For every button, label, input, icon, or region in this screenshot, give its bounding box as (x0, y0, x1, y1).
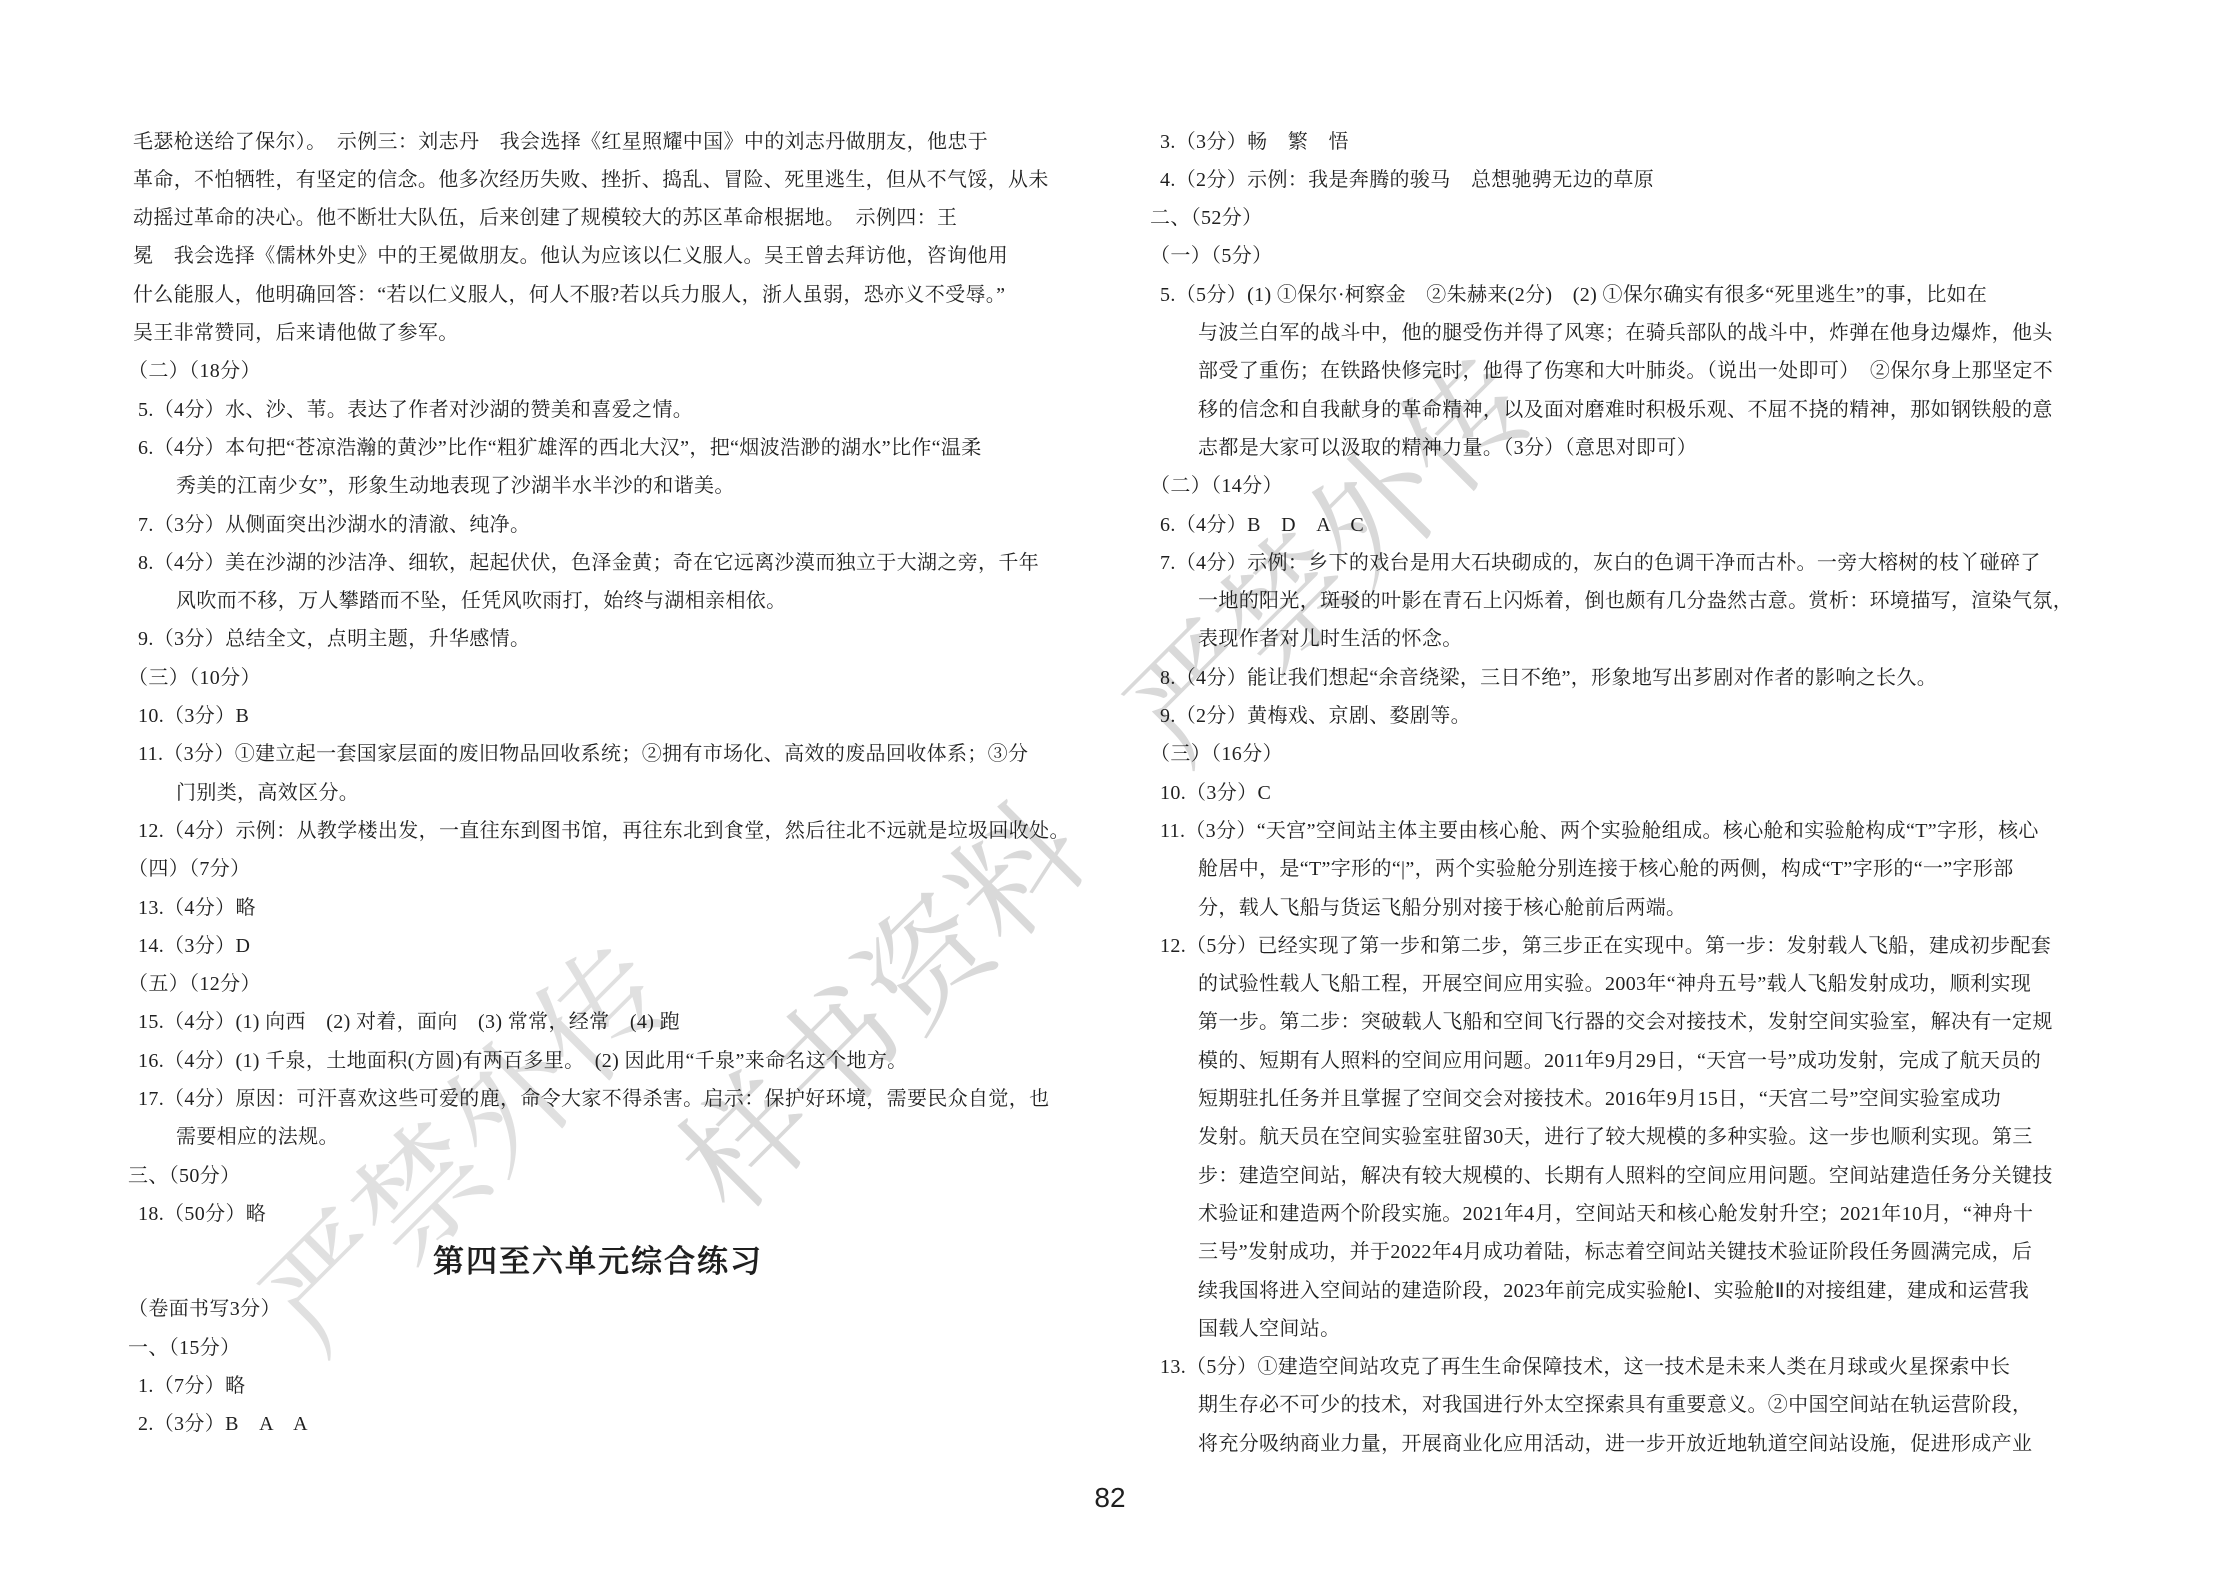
answer-line: 第一步。第二步：突破载人飞船和空间飞行器的交会对接技术，发射空间实验室，解决有一… (1150, 1003, 2128, 1041)
answer-line: 志都是大家可以汲取的精神力量。（3分）（意思对即可） (1150, 429, 2128, 467)
answer-line: 8.（4分）美在沙湖的沙洁净、细软，起起伏伏，色泽金黄；奇在它远离沙漠而独立于大… (128, 544, 1068, 582)
answer-line: 什么能服人，他明确回答：“若以仁义服人，何人不服?若以兵力服人，浙人虽弱，恐亦义… (128, 276, 1068, 314)
answer-line: 与波兰白军的战斗中，他的腿受伤并得了风寒；在骑兵部队的战斗中，炸弹在他身边爆炸，… (1150, 314, 2128, 352)
answer-line: 9.（3分）总结全文，点明主题，升华感情。 (128, 620, 1068, 658)
answer-line: 吴王非常赞同，后来请他做了参军。 (128, 314, 1068, 352)
answer-line: 12.（4分）示例：从教学楼出发，一直往东到图书馆，再往东北到食堂，然后往北不远… (128, 812, 1068, 850)
answer-line: 一地的阳光，斑驳的叶影在青石上闪烁着，倒也颇有几分盎然古意。赏析：环境描写，渲染… (1150, 582, 2128, 620)
answer-line: 13.（4分）略 (128, 889, 1068, 927)
page-number: 82 (0, 1482, 2220, 1514)
answer-line: 短期驻扎任务并且掌握了空间交会对接技术。2016年9月15日，“天宫二号”空间实… (1150, 1080, 2128, 1118)
answer-line: （二）（14分） (1150, 467, 2128, 505)
answer-line: （二）（18分） (128, 352, 1068, 390)
answer-line: 步：建造空间站，解决有较大规模的、长期有人照料的空间应用问题。空间站建造任务分关… (1150, 1157, 2128, 1195)
answer-line: 毛瑟枪送给了保尔）。 示例三：刘志丹 我会选择《红星照耀中国》中的刘志丹做朋友，… (128, 123, 1068, 161)
answer-line: 7.（3分）从侧面突出沙湖水的清澈、纯净。 (128, 506, 1068, 544)
answer-line: 表现作者对儿时生活的怀念。 (1150, 620, 2128, 658)
answer-line: （三）（16分） (1150, 735, 2128, 773)
answer-line: 10.（3分）C (1150, 774, 2128, 812)
answer-line: 4.（2分）示例：我是奔腾的骏马 总想驰骋无边的草原 (1150, 161, 2128, 199)
answer-line: 门别类，高效区分。 (128, 774, 1068, 812)
answer-line: 发射。航天员在空间实验室驻留30天，进行了较大规模的多种实验。这一步也顺利实现。… (1150, 1118, 2128, 1156)
answer-line: 移的信念和自我献身的革命精神，以及面对磨难时积极乐观、不屈不挠的精神，那如钢铁般… (1150, 391, 2128, 429)
answer-key-page: 样书资料 严禁外传 严禁外传 毛瑟枪送给了保尔）。 示例三：刘志丹 我会选择《红… (0, 0, 2220, 1571)
answer-line: 二、（52分） (1150, 199, 2128, 237)
answer-line: 三号”发射成功，并于2022年4月成功着陆，标志着空间站关键技术验证阶段任务圆满… (1150, 1233, 2128, 1271)
answer-line: 16.（4分）(1) 千泉，土地面积(方圆)有两百多里。 (2) 因此用“千泉”… (128, 1042, 1068, 1080)
answer-line: 风吹而不移，万人攀踏而不坠，任凭风吹雨打，始终与湖相亲相依。 (128, 582, 1068, 620)
answer-line: 6.（4分）B D A C (1150, 506, 2128, 544)
answer-line: 11.（3分）①建立起一套国家层面的废旧物品回收系统；②拥有市场化、高效的废品回… (128, 735, 1068, 773)
answer-line: 模的、短期有人照料的空间应用问题。2011年9月29日，“天宫一号”成功发射，完… (1150, 1042, 2128, 1080)
answer-line: 13.（5分）①建造空间站攻克了再生生命保障技术，这一技术是未来人类在月球或火星… (1150, 1348, 2128, 1386)
answer-line: （四）（7分） (128, 850, 1068, 888)
answer-line: 9.（2分）黄梅戏、京剧、婺剧等。 (1150, 697, 2128, 735)
answer-line: 期生存必不可少的技术，对我国进行外太空探索具有重要意义。②中国空间站在轨运营阶段… (1150, 1386, 2128, 1424)
answer-line: 1.（7分）略 (128, 1367, 1068, 1405)
answer-line: 续我国将进入空间站的建造阶段，2023年前完成实验舱Ⅰ、实验舱Ⅱ的对接组建，建成… (1150, 1272, 2128, 1310)
answer-line: （一）（5分） (1150, 237, 2128, 275)
left-column: 毛瑟枪送给了保尔）。 示例三：刘志丹 我会选择《红星照耀中国》中的刘志丹做朋友，… (128, 123, 1068, 1444)
answer-line: 部受了重伤；在铁路快修完时，他得了伤寒和大叶肺炎。（说出一处即可） ②保尔身上那… (1150, 352, 2128, 390)
answer-line: 一、（15分） (128, 1329, 1068, 1367)
answer-line: 术验证和建造两个阶段实施。2021年4月，空间站天和核心舱发射升空；2021年1… (1150, 1195, 2128, 1233)
answer-line: 10.（3分）B (128, 697, 1068, 735)
answer-line: （三）（10分） (128, 659, 1068, 697)
answer-line: 秀美的江南少女”，形象生动地表现了沙湖半水半沙的和谐美。 (128, 467, 1068, 505)
right-column: 3.（3分）畅 繁 悟4.（2分）示例：我是奔腾的骏马 总想驰骋无边的草原二、（… (1150, 123, 2128, 1463)
answer-line: 动摇过革命的决心。他不断壮大队伍，后来创建了规模较大的苏区革命根据地。 示例四：… (128, 199, 1068, 237)
answer-line: 将充分吸纳商业力量，开展商业化应用活动，进一步开放近地轨道空间站设施，促进形成产… (1150, 1425, 2128, 1463)
answer-line: 7.（4分）示例：乡下的戏台是用大石块砌成的，灰白的色调干净而古朴。一旁大榕树的… (1150, 544, 2128, 582)
answer-line: 三、（50分） (128, 1157, 1068, 1195)
answer-line: 革命，不怕牺牲，有坚定的信念。他多次经历失败、挫折、捣乱、冒险、死里逃生，但从不… (128, 161, 1068, 199)
answer-line: 3.（3分）畅 繁 悟 (1150, 123, 2128, 161)
answer-line: 需要相应的法规。 (128, 1118, 1068, 1156)
answer-line: 12.（5分）已经实现了第一步和第二步，第三步正在实现中。第一步：发射载人飞船，… (1150, 927, 2128, 965)
answer-line: 11.（3分）“天宫”空间站主体主要由核心舱、两个实验舱组成。核心舱和实验舱构成… (1150, 812, 2128, 850)
answer-line: 5.（4分）水、沙、苇。表达了作者对沙湖的赞美和喜爱之情。 (128, 391, 1068, 429)
answer-line: 8.（4分）能让我们想起“余音绕梁，三日不绝”，形象地写出芗剧对作者的影响之长久… (1150, 659, 2128, 697)
answer-line: 冕 我会选择《儒林外史》中的王冕做朋友。他认为应该以仁义服人。吴王曾去拜访他，咨… (128, 237, 1068, 275)
answer-line: 国载人空间站。 (1150, 1310, 2128, 1348)
answer-line: 14.（3分）D (128, 927, 1068, 965)
answer-line: （卷面书写3分） (128, 1290, 1068, 1328)
answer-line: 5.（5分）(1) ①保尔·柯察金 ②朱赫来(2分) (2) ①保尔确实有很多“… (1150, 276, 2128, 314)
section-heading: 第四至六单元综合练习 (128, 1233, 1068, 1290)
answer-line: 的试验性载人飞船工程，开展空间应用实验。2003年“神舟五号”载人飞船发射成功，… (1150, 965, 2128, 1003)
answer-line: 2.（3分）B A A (128, 1405, 1068, 1443)
answer-line: 6.（4分）本句把“苍凉浩瀚的黄沙”比作“粗犷雄浑的西北大汉”，把“烟波浩渺的湖… (128, 429, 1068, 467)
answer-line: （五）（12分） (128, 965, 1068, 1003)
answer-line: 17.（4分）原因：可汗喜欢这些可爱的鹿，命令大家不得杀害。启示：保护好环境，需… (128, 1080, 1068, 1118)
answer-line: 15.（4分）(1) 向西 (2) 对着，面向 (3) 常常，经常 (4) 跑 (128, 1003, 1068, 1041)
answer-line: 18.（50分）略 (128, 1195, 1068, 1233)
answer-line: 分，载人飞船与货运飞船分别对接于核心舱前后两端。 (1150, 889, 2128, 927)
answer-line: 舱居中，是“T”字形的“|”，两个实验舱分别连接于核心舱的两侧，构成“T”字形的… (1150, 850, 2128, 888)
